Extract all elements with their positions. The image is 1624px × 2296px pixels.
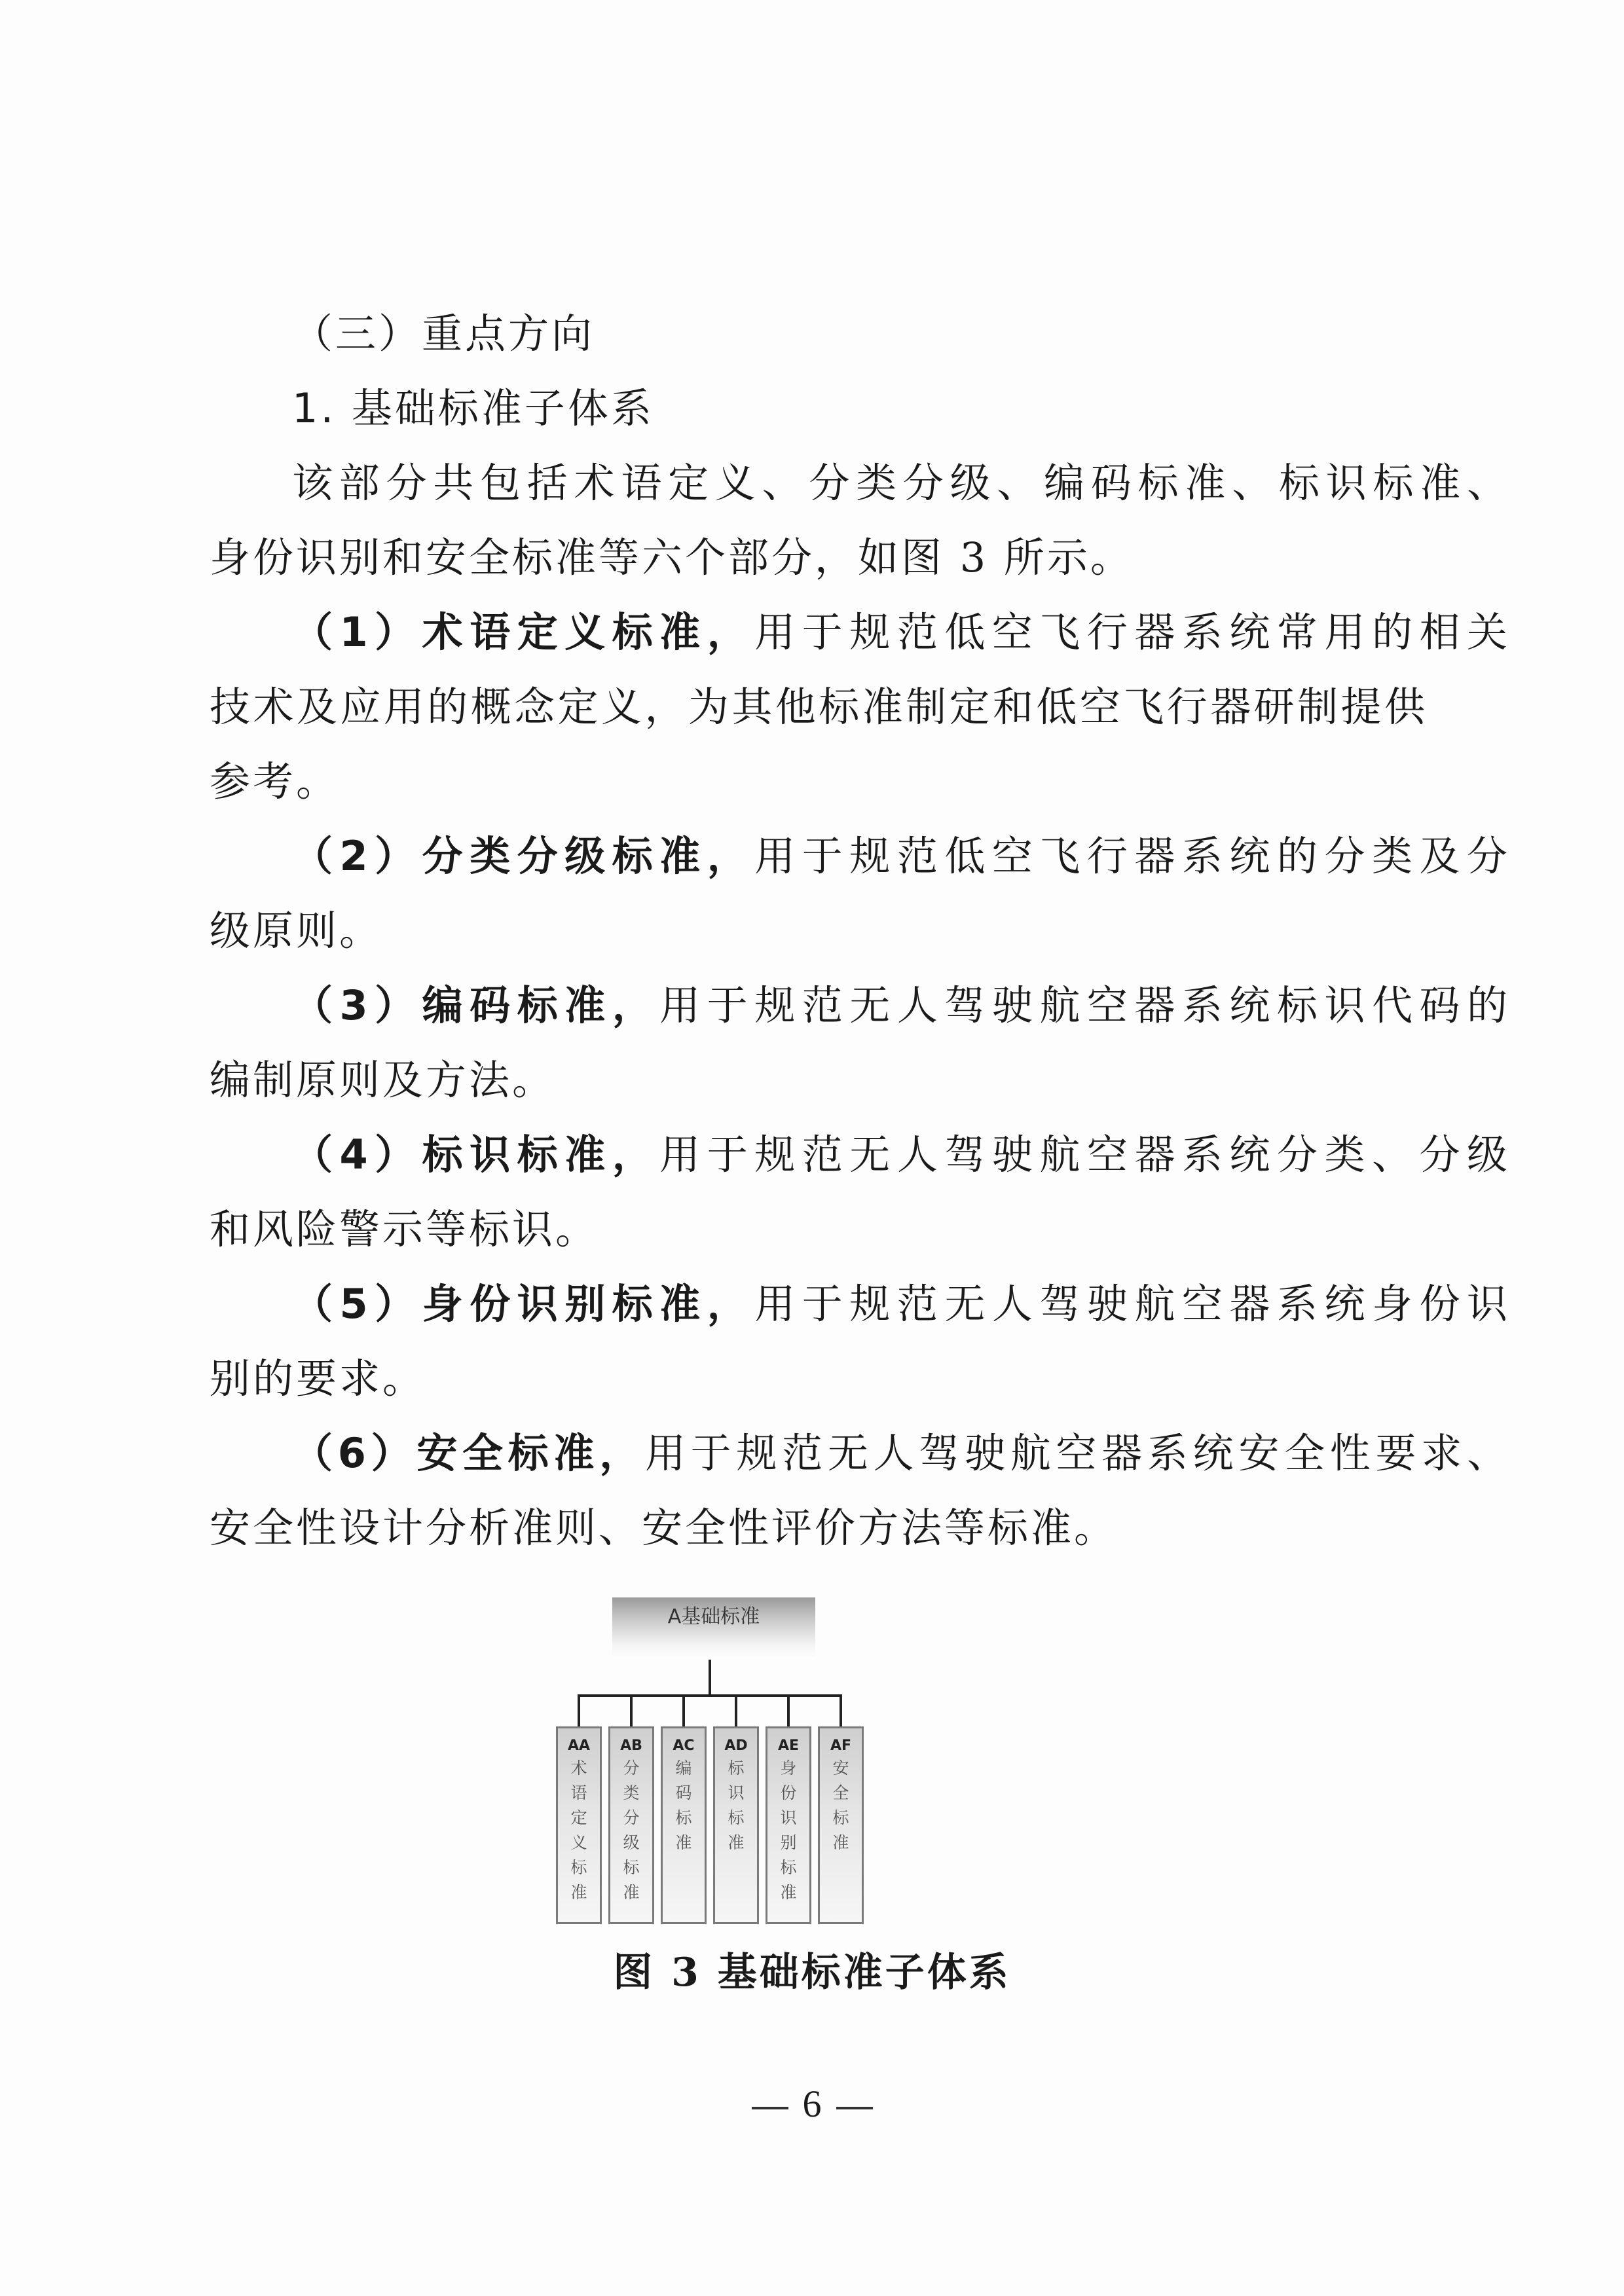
item-5-text: 用于规范无人驾驶航空器系统身份识 [754, 1280, 1510, 1328]
dash-left [752, 2107, 788, 2109]
leaf-char: 份 [780, 1781, 796, 1806]
leaf-char: 语 [570, 1781, 587, 1806]
item-1-line-1: （1）术语定义标准，用于规范低空飞行器系统常用的相关 [210, 606, 1510, 659]
leaf-char: 识 [780, 1806, 796, 1831]
diagram-leaf-AD: AD 标 识 标 准 [713, 1726, 759, 1924]
leaf-char: 身 [780, 1756, 796, 1781]
diagram-root-node: A基础标准 [612, 1597, 815, 1660]
leaf-char: 准 [728, 1831, 744, 1855]
item-1-text: 用于规范低空飞行器系统常用的相关 [754, 608, 1510, 656]
leaf-code: AB [620, 1736, 642, 1756]
connector-drop [682, 1694, 685, 1727]
item-5-label: （5）身份识别标准， [292, 1280, 754, 1328]
item-1-line-3: 参考。 [210, 756, 1428, 808]
leaf-code: AA [568, 1736, 590, 1756]
intro-line-2: 身份识别和安全标准等六个部分，如图 3 所示。 [210, 532, 1428, 584]
leaf-char: 准 [570, 1880, 587, 1905]
leaf-char: 全 [832, 1781, 849, 1806]
subsection-heading: 1. 基础标准子体系 [210, 382, 1510, 435]
section-heading: （三）重点方向 [210, 308, 1510, 360]
leaf-char: 分 [623, 1756, 639, 1781]
page-number-value: 6 [803, 2083, 822, 2125]
leaf-char: 准 [780, 1880, 796, 1905]
item-6-text: 用于规范无人驾驶航空器系统安全性要求、 [645, 1429, 1510, 1477]
leaf-code: AF [830, 1736, 851, 1756]
diagram-leaf-AE: AE 身 份 识 别 标 准 [766, 1726, 811, 1924]
leaf-code: AE [778, 1736, 799, 1756]
item-6-line-2: 安全性设计分析准则、安全性评价方法等标准。 [210, 1502, 1428, 1554]
item-4-line-2: 和风险警示等标识。 [210, 1203, 1428, 1256]
leaf-char: 类 [623, 1781, 639, 1806]
leaf-char: 码 [675, 1781, 692, 1806]
connector-stem [709, 1660, 711, 1696]
item-6-line-1: （6）安全标准，用于规范无人驾驶航空器系统安全性要求、 [210, 1427, 1510, 1480]
connector-drop [578, 1694, 580, 1727]
leaf-char: 标 [728, 1756, 744, 1781]
connector-drop [735, 1694, 737, 1727]
leaf-char: 编 [675, 1756, 692, 1781]
item-2-label: （2）分类分级标准， [292, 832, 754, 880]
leaf-char: 级 [623, 1831, 639, 1855]
leaf-char: 义 [570, 1831, 587, 1855]
diagram-leaf-AA: AA 术 语 定 义 标 准 [556, 1726, 602, 1924]
intro-line-1: 该部分共包括术语定义、分类分级、编码标准、标识标准、 [210, 457, 1510, 509]
item-3-label: （3）编码标准， [292, 981, 659, 1029]
diagram-leaf-AB: AB 分 类 分 级 标 准 [608, 1726, 654, 1924]
item-3-text: 用于规范无人驾驶航空器系统标识代码的 [659, 981, 1510, 1029]
item-1-line-2: 技术及应用的概念定义，为其他标准制定和低空飞行器研制提供 [210, 681, 1428, 733]
item-3-line-1: （3）编码标准，用于规范无人驾驶航空器系统标识代码的 [210, 979, 1510, 1032]
item-5-line-2: 别的要求。 [210, 1353, 1428, 1405]
leaf-char: 术 [570, 1756, 587, 1781]
leaf-char: 标 [832, 1806, 849, 1831]
item-4-line-1: （4）标识标准，用于规范无人驾驶航空器系统分类、分级 [210, 1129, 1510, 1181]
leaf-char: 标 [780, 1855, 796, 1880]
item-2-line-1: （2）分类分级标准，用于规范低空飞行器系统的分类及分 [210, 830, 1510, 883]
connector-drop [630, 1694, 633, 1727]
leaf-char: 准 [675, 1831, 692, 1855]
item-4-text: 用于规范无人驾驶航空器系统分类、分级 [659, 1131, 1510, 1178]
item-2-line-2: 级原则。 [210, 905, 1428, 957]
leaf-code: AC [673, 1736, 694, 1756]
leaf-code: AD [724, 1736, 747, 1756]
diagram-leaf-AC: AC 编 码 标 准 [661, 1726, 707, 1924]
foundation-standards-diagram: A基础标准 AA 术 语 定 义 标 准 AB 分 类 分 级 标 准 AC 编… [550, 1581, 1074, 1922]
item-5-line-1: （5）身份识别标准，用于规范无人驾驶航空器系统身份识 [210, 1278, 1510, 1330]
leaf-char: 分 [623, 1806, 639, 1831]
leaf-char: 安 [832, 1756, 849, 1781]
leaf-char: 标 [570, 1855, 587, 1880]
connector-drop [787, 1694, 790, 1727]
page-number: 6 [0, 2082, 1624, 2126]
leaf-char: 准 [832, 1831, 849, 1855]
item-1-label: （1）术语定义标准， [292, 608, 754, 656]
dash-right [836, 2107, 873, 2109]
connector-drop [840, 1694, 842, 1727]
leaf-char: 标 [623, 1855, 639, 1880]
figure-caption: 图 3 基础标准子体系 [0, 1941, 1624, 1997]
leaf-char: 识 [728, 1781, 744, 1806]
leaf-char: 定 [570, 1806, 587, 1831]
item-4-label: （4）标识标准， [292, 1131, 659, 1178]
item-2-text: 用于规范低空飞行器系统的分类及分 [754, 832, 1510, 880]
item-3-line-2: 编制原则及方法。 [210, 1054, 1428, 1106]
connector-bar [578, 1694, 841, 1697]
leaf-char: 别 [780, 1831, 796, 1855]
leaf-char: 准 [623, 1880, 639, 1905]
leaf-char: 标 [675, 1806, 692, 1831]
diagram-leaf-AF: AF 安 全 标 准 [818, 1726, 864, 1924]
leaf-char: 标 [728, 1806, 744, 1831]
item-6-label: （6）安全标准， [292, 1429, 645, 1477]
